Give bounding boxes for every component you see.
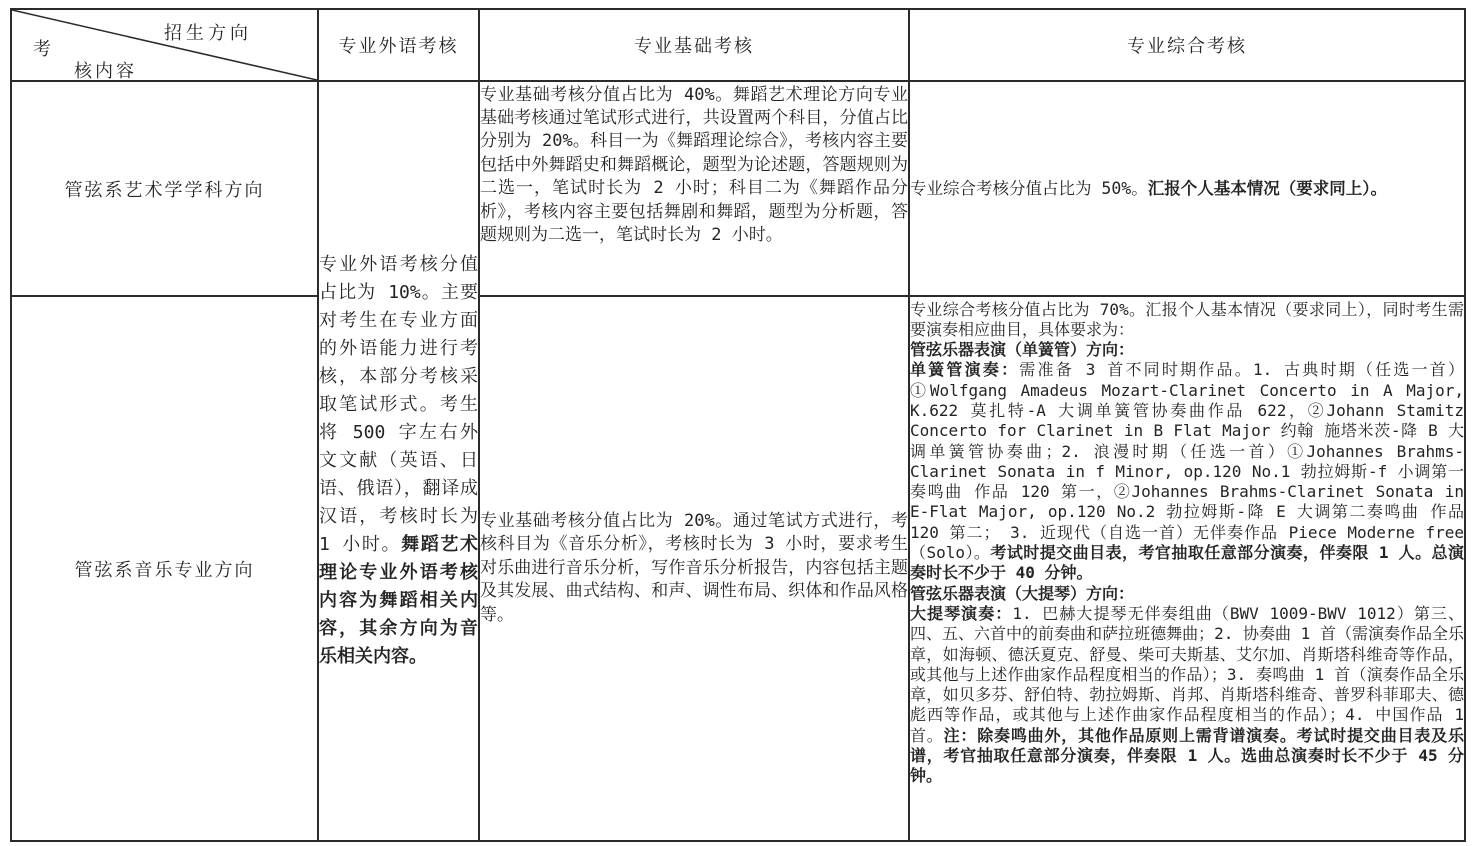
basic-exam-text-art-theory: 专业基础考核分值占比为 40%。舞蹈艺术理论方向专业基础考核通过笔试形式进行，共… [480,84,908,294]
direction-cell-art-theory: 管弦系艺术学学科方向 [11,81,318,296]
exam-requirements-table: 招生方向 考 核内容 专业外语考核 专业基础考核 专业综合考核 管弦系艺术学学科… [10,8,1466,842]
corner-label-assessment-line2: 核内容 [74,57,137,83]
exam-requirements-document: 招生方向 考 核内容 专业外语考核 专业基础考核 专业综合考核 管弦系艺术学学科… [0,0,1473,846]
comprehensive-exam-text-art-theory: 专业综合考核分值占比为 50%。汇报个人基本情况（要求同上）。 [910,178,1464,200]
comprehensive-exam-cell-art-theory: 专业综合考核分值占比为 50%。汇报个人基本情况（要求同上）。 [909,81,1465,296]
foreign-language-exam-cell: 专业外语考核分值占比为 10%。主要对考生在专业方面的外语能力进行考核，本部分考… [318,81,479,841]
column-header-foreign-language-exam: 专业外语考核 [318,9,479,81]
comprehensive-exam-text-music-major: 专业综合考核分值占比为 70%。汇报个人基本情况（要求同上），同时考生需要演奏相… [910,300,1464,838]
corner-label-assessment-line1: 考 [33,35,51,61]
column-header-basic-exam: 专业基础考核 [479,9,909,81]
basic-exam-cell-music-major: 专业基础考核分值占比为 20%。通过笔试方式进行，考核科目为《音乐分析》，考核时… [479,296,909,841]
corner-label-enrollment-direction: 招生方向 [164,19,252,45]
column-header-comprehensive-exam: 专业综合考核 [909,9,1465,81]
corner-header-cell: 招生方向 考 核内容 [11,9,318,81]
foreign-language-exam-text: 专业外语考核分值占比为 10%。主要对考生在专业方面的外语能力进行考核，本部分考… [319,251,478,671]
basic-exam-cell-art-theory: 专业基础考核分值占比为 40%。舞蹈艺术理论方向专业基础考核通过笔试形式进行，共… [479,81,909,296]
basic-exam-text-music-major: 专业基础考核分值占比为 20%。通过笔试方式进行，考核科目为《音乐分析》，考核时… [480,510,908,627]
comprehensive-exam-cell-music-major: 专业综合考核分值占比为 70%。汇报个人基本情况（要求同上），同时考生需要演奏相… [909,296,1465,841]
direction-cell-music-major: 管弦系音乐专业方向 [11,296,318,841]
